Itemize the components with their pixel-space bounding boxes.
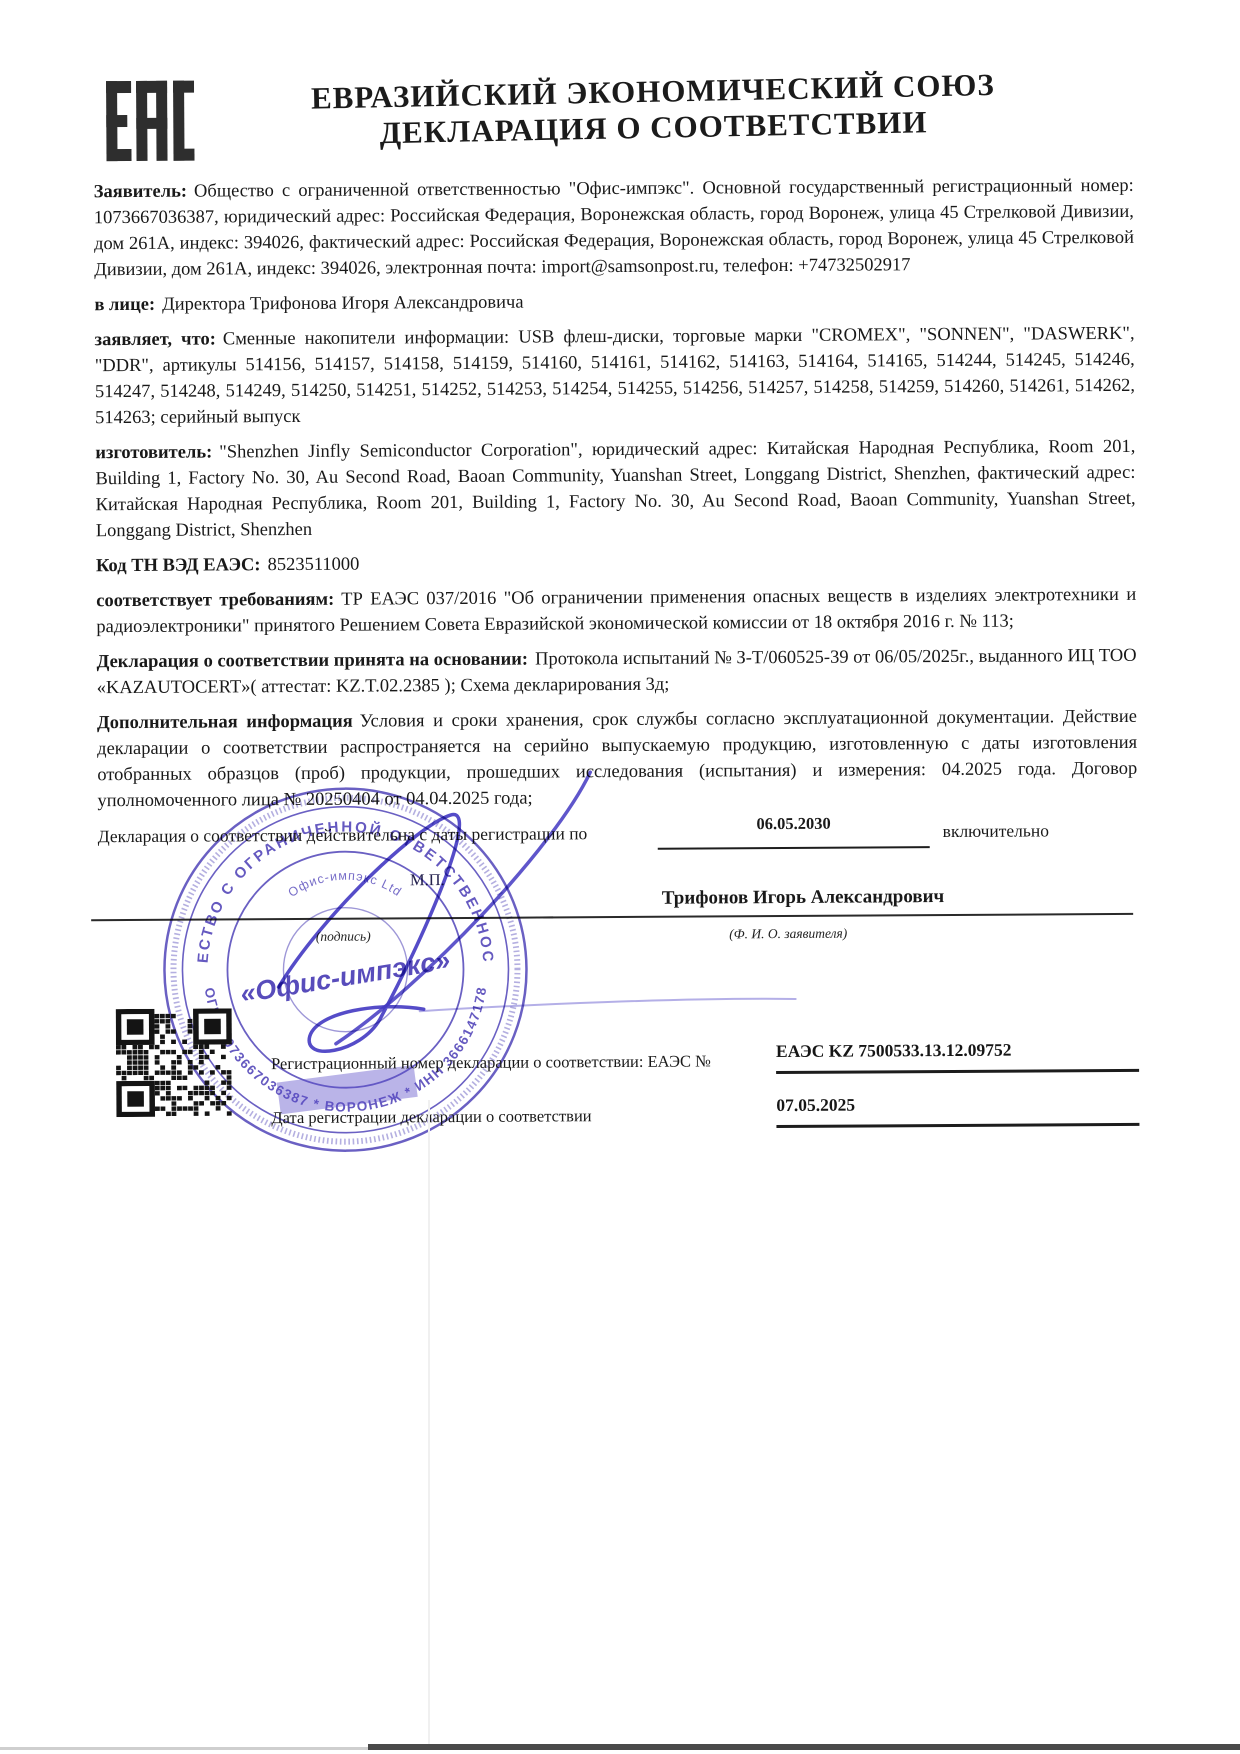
scan-artifact-bottom-edge-dark <box>368 1744 1240 1750</box>
registration-number-label: Регистрационный номер декларации о соотв… <box>271 1051 711 1074</box>
handwritten-signature <box>182 751 824 1095</box>
paragraph-applicant: Заявитель:Общество с ограниченной ответс… <box>94 173 1135 283</box>
eac-logo <box>102 77 195 166</box>
document-title: ЕВРАЗИЙСКИЙ ЭКОНОМИЧЕСКИЙ СОЮЗ ДЕКЛАРАЦИ… <box>248 66 1059 154</box>
qr-code <box>116 1008 233 1117</box>
registration-date-value: 07.05.2025 <box>776 1093 1139 1128</box>
in-person-text: Директора Трифонова Игоря Александровича <box>162 293 524 315</box>
basis-label: Декларация о соответствии принята на осн… <box>97 650 529 673</box>
tnved-value: 8523511000 <box>267 555 359 576</box>
in-person-label: в лице: <box>94 295 155 315</box>
scan-artifact-vertical-line <box>428 1100 430 1745</box>
complies-label: соответствует требованиям: <box>96 590 334 611</box>
applicant-text: Общество с ограниченной ответственностью… <box>94 176 1134 280</box>
registration-number-value: ЕАЭС KZ 7500533.13.12.09752 <box>776 1039 1139 1074</box>
applicant-label: Заявитель: <box>94 182 187 203</box>
paragraph-complies: соответствует требованиям:ТР ЕАЭС 037/20… <box>96 582 1136 640</box>
paragraph-manufacturer: изготовитель:"Shenzhen Jinfly Semiconduc… <box>95 434 1136 544</box>
paragraph-basis: Декларация о соответствии принята на осн… <box>97 643 1137 701</box>
validity-suffix: включительно <box>943 817 1049 844</box>
scan-artifact-bottom-edge-light <box>0 1747 368 1750</box>
registration-date-label: Дата регистрации декларации о соответств… <box>271 1106 591 1128</box>
manufacturer-text: "Shenzhen Jinfly Semiconductor Corporati… <box>95 437 1135 541</box>
declaration-page: ЕВРАЗИЙСКИЙ ЭКОНОМИЧЕСКИЙ СОЮЗ ДЕКЛАРАЦИ… <box>0 0 1240 1754</box>
paragraph-in-person: в лице:Директора Трифонова Игоря Алексан… <box>94 286 1134 318</box>
scanned-content: ЕВРАЗИЙСКИЙ ЭКОНОМИЧЕСКИЙ СОЮЗ ДЕКЛАРАЦИ… <box>0 0 1240 1754</box>
additional-info-label: Дополнительная информация <box>97 712 353 734</box>
declares-label: заявляет, что: <box>95 329 216 350</box>
manufacturer-label: изготовитель: <box>95 442 212 463</box>
paragraph-declares: заявляет, что:Сменные накопители информа… <box>95 321 1136 431</box>
paragraph-tnved-code: Код ТН ВЭД ЕАЭС:8523511000 <box>96 547 1136 579</box>
tnved-label: Код ТН ВЭД ЕАЭС: <box>96 555 261 576</box>
declares-text: Сменные накопители информации: USB флеш-… <box>95 324 1135 428</box>
